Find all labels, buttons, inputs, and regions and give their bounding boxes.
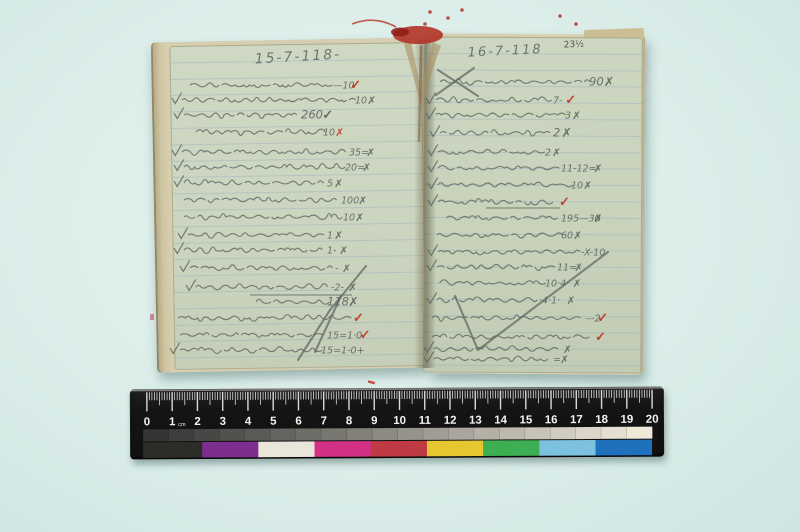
- grayscale-step: [448, 428, 474, 440]
- grayscale-step: [474, 427, 500, 439]
- ruler-number: 9: [371, 415, 377, 427]
- red-mark-page-edge: [150, 314, 154, 320]
- color-patch-white: [258, 441, 315, 457]
- right-page-date: 16-7-118: [467, 42, 543, 61]
- red-mark-below-book: [368, 380, 375, 384]
- grayscale-step: [423, 428, 449, 440]
- red-speck: [558, 14, 562, 18]
- grayscale-step: [372, 428, 398, 440]
- ruler-number: 1: [169, 416, 176, 428]
- ruler-number: 5: [270, 416, 277, 428]
- red-speck: [423, 22, 427, 26]
- color-patch-yellow: [427, 441, 484, 457]
- grayscale-step: [499, 427, 525, 439]
- ruler-number: 17: [570, 414, 583, 426]
- grayscale-step: [627, 427, 653, 439]
- grayscale-step: [143, 429, 169, 441]
- ruler-number: 8: [346, 415, 353, 427]
- grayscale-step: [321, 428, 347, 440]
- book-gutter: [414, 40, 436, 368]
- grayscale-step: [525, 427, 551, 439]
- right-page: 16-7-118 23½: [423, 37, 642, 374]
- color-patch-blue: [595, 440, 652, 456]
- ruler-number: 19: [620, 414, 633, 426]
- measuring-scale: 01cm234567891011121314151617181920: [130, 387, 664, 460]
- color-patch-light-blue: [539, 440, 596, 456]
- red-speck: [460, 8, 464, 12]
- red-speck: [574, 22, 578, 26]
- color-patch-magenta: [314, 441, 371, 457]
- grayscale-step: [219, 429, 245, 441]
- ruler-number: 18: [595, 414, 608, 426]
- grayscale-step: [347, 428, 373, 440]
- grayscale-step: [576, 427, 602, 439]
- grayscale-step: [398, 428, 424, 440]
- corner-annotation: 23½: [564, 40, 584, 51]
- left-page-date: 15-7-118-: [254, 46, 341, 67]
- grayscale-step: [296, 428, 322, 440]
- left-page: 15-7-118-: [169, 42, 426, 370]
- ruler-number: 3: [220, 416, 226, 428]
- ruler-number: 20: [646, 414, 659, 426]
- ruler-number: 2: [194, 416, 200, 428]
- ruler-number: 16: [545, 414, 558, 426]
- color-patch-black: [143, 442, 202, 458]
- ruler-number: 15: [519, 414, 532, 426]
- ruler-number: 13: [469, 415, 482, 427]
- color-patch-green: [483, 440, 540, 456]
- red-speck: [428, 10, 432, 14]
- grayscale-step: [270, 429, 296, 441]
- ruler-number: 6: [295, 415, 301, 427]
- grayscale-step: [168, 429, 194, 441]
- grayscale-step: [245, 429, 271, 441]
- color-patch-purple: [202, 442, 259, 458]
- ruler-number: 12: [444, 415, 457, 427]
- ruler-number: 0: [144, 416, 150, 428]
- grayscale-step: [601, 427, 627, 439]
- grayscale-step: [550, 427, 576, 439]
- grayscale-step: [194, 429, 220, 441]
- red-speck: [446, 16, 450, 20]
- ruler-number: 14: [494, 414, 507, 426]
- ruler-number: 4: [245, 416, 252, 428]
- red-thread: [352, 20, 396, 27]
- ruler-number: 10: [393, 415, 406, 427]
- red-wax-stain-dark: [391, 28, 409, 37]
- color-patch-red: [371, 441, 428, 457]
- ruler-number: 11: [419, 415, 432, 427]
- ruler-number: 7: [321, 415, 327, 427]
- ruler-unit-label: cm: [178, 422, 186, 428]
- photo-stage: 15-7-118- 16-7-118 23½ —10✓10✗260✓10✗35=…: [0, 0, 800, 532]
- ruler-graphics: 01cm234567891011121314151617181920: [130, 387, 664, 460]
